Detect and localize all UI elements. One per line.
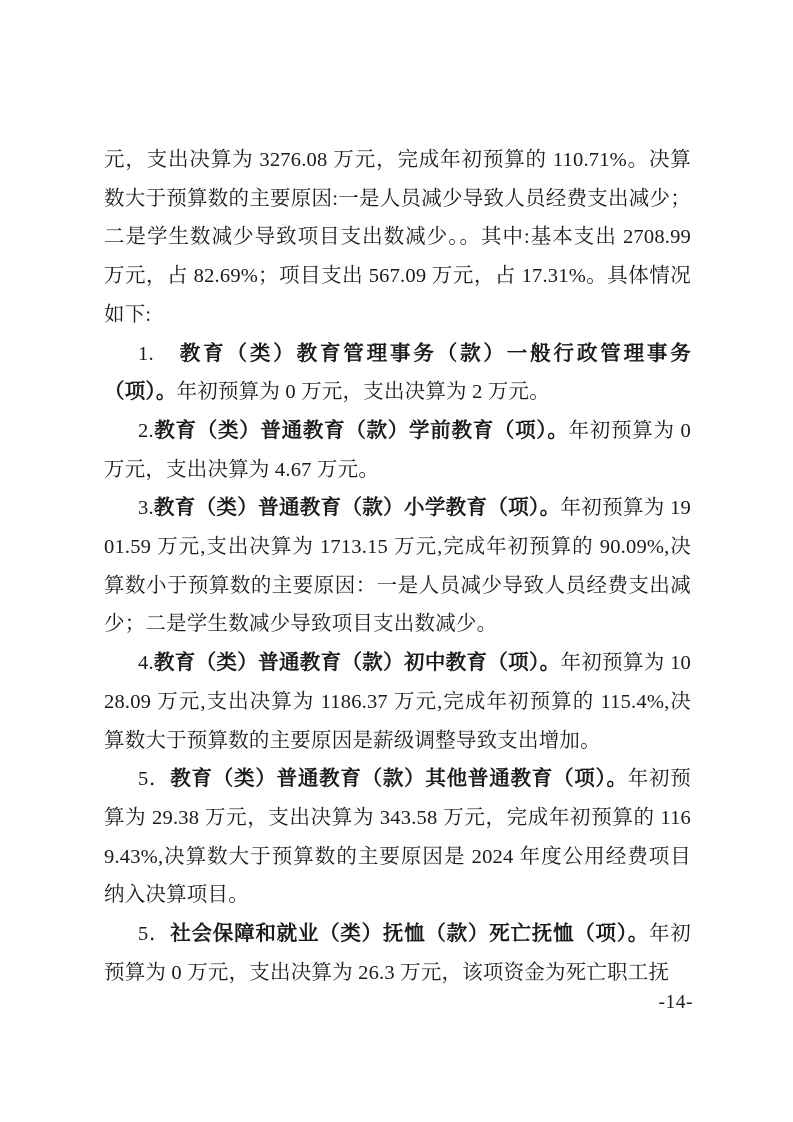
text-segment: 4. (138, 652, 154, 674)
paragraph: 5．教育（类）普通教育（款）其他普通教育（项）。年初预算为 29.38 万元，支… (104, 760, 691, 915)
page-number: -14- (659, 991, 694, 1015)
text-segment: 2. (138, 420, 154, 442)
paragraph: 元，支出决算为 3276.08 万元，完成年初预算的 110.71%。决算数大于… (104, 141, 691, 335)
paragraph: 2.教育（类）普通教育（款）学前教育（项）。年初预算为 0 万元，支出决算为 4… (104, 412, 691, 489)
budget-item-heading: 教育（类）普通教育（款）其他普通教育（项）。 (170, 768, 627, 790)
text-segment: 1. (138, 343, 180, 365)
budget-item-heading: 社会保障和就业（类）抚恤（款）死亡抚恤（项）。 (170, 923, 649, 945)
document-body: 元，支出决算为 3276.08 万元，完成年初预算的 110.71%。决算数大于… (104, 141, 691, 992)
paragraph: 1. 教育（类）教育管理事务（款）一般行政管理事务（项）。年初预算为 0 万元，… (104, 335, 691, 412)
budget-item-heading: 教育（类）普通教育（款）小学教育（项）。 (154, 497, 561, 519)
paragraph: 5．社会保障和就业（类）抚恤（款）死亡抚恤（项）。年初预算为 0 万元，支出决算… (104, 915, 691, 992)
paragraph: 4.教育（类）普通教育（款）初中教育（项）。年初预算为 1028.09 万元,支… (104, 644, 691, 760)
document-page: 元，支出决算为 3276.08 万元，完成年初预算的 110.71%。决算数大于… (0, 0, 793, 1122)
budget-item-heading: 教育（类）普通教育（款）学前教育（项）。 (154, 420, 569, 442)
text-segment: 元，支出决算为 3276.08 万元，完成年初预算的 110.71%。决算数大于… (104, 149, 691, 326)
text-segment: 5． (138, 923, 170, 945)
text-segment: 年初预算为 0 万元，支出决算为 2 万元。 (177, 381, 550, 403)
text-segment: 3. (138, 497, 154, 519)
text-segment: 5． (138, 768, 170, 790)
budget-item-heading: 教育（类）普通教育（款）初中教育（项）。 (154, 652, 561, 674)
paragraph: 3.教育（类）普通教育（款）小学教育（项）。年初预算为 1901.59 万元,支… (104, 489, 691, 644)
